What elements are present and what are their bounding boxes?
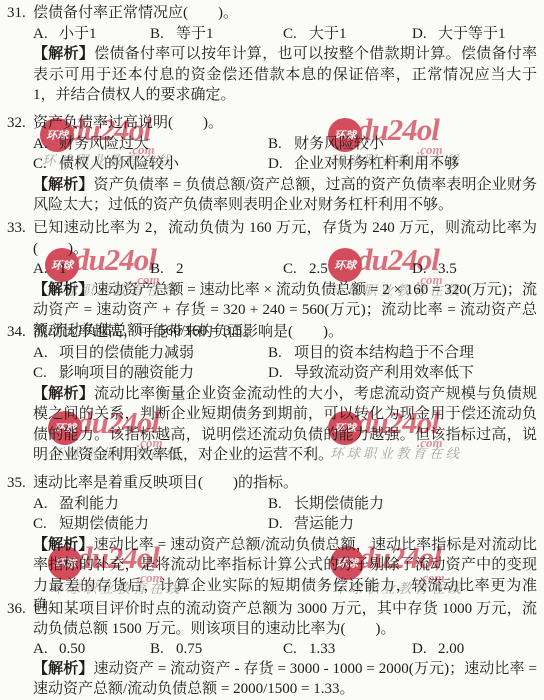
option-label: A. (33, 494, 50, 515)
option-text: 1 (59, 261, 67, 277)
option-label: C. (33, 154, 50, 175)
question-number: 34. (7, 322, 26, 343)
analysis-text: 流动比率衡量企业资金流动性的大小，考虑流动资产规模与负债规模之间的关系，判断企业… (33, 386, 537, 464)
option-label: C. (283, 259, 300, 280)
option-c: C.2.5 (283, 259, 412, 280)
option-label: D. (412, 639, 429, 659)
analysis-label: 【解析】 (33, 661, 93, 677)
option-d: D.企业对财务杠杆利用不够 (268, 154, 537, 175)
options-grid: A.盈利能力 B.长期偿债能力 C.短期偿债能力 D.营运能力 (7, 494, 537, 535)
option-label: A. (33, 343, 50, 364)
option-d: D.导致流动资产利用效率低下 (268, 363, 537, 384)
question-stem: 36.已知某项目评价时点的流动资产总额为 3000 万元，其中存货 1000 万… (7, 599, 537, 639)
options-row: A.1 B.2 C.2.5 D.3.5 (7, 259, 537, 280)
option-text: 财务风险过大 (59, 136, 149, 152)
option-text: 导致流动资产利用效率低下 (294, 365, 474, 381)
option-b: B.0.75 (150, 639, 283, 659)
option-text: 项目的偿债能力减弱 (59, 345, 194, 361)
option-text: 小于1 (59, 26, 97, 42)
question-stem-text: 流动比率越高，可能带来的负面影响是( )。 (33, 324, 343, 340)
option-a: A.财务风险过大 (33, 134, 268, 155)
option-text: 长期偿债能力 (294, 496, 384, 512)
option-label: B. (268, 343, 285, 364)
option-a: A.0.50 (33, 639, 150, 659)
question-block-34: 34.流动比率越高，可能带来的负面影响是( )。 A.项目的偿债能力减弱 B.项… (7, 322, 537, 466)
option-text: 3.5 (438, 261, 457, 277)
option-label: C. (283, 639, 300, 659)
question-stem-text: 速动比率是着重反映项目( )的指标。 (33, 475, 298, 491)
analysis-label: 【解析】 (33, 282, 93, 298)
analysis-paragraph: 【解析】速动资产 = 流动资产 - 存货 = 3000 - 1000 = 200… (7, 659, 537, 699)
option-text: 盈利能力 (59, 496, 119, 512)
question-number: 35. (7, 473, 26, 494)
option-d: D.营运能力 (268, 514, 537, 535)
options-grid: A.财务风险过大 B.财务风险较小 C.债权人的风险较小 D.企业对财务杠杆利用… (7, 134, 537, 175)
option-label: B. (150, 639, 167, 659)
option-label: D. (268, 514, 285, 535)
question-number: 32. (7, 113, 26, 134)
options-row: A.小于1 B.等于1 C.大于1 D.大于等于1 (7, 24, 537, 45)
option-b: B.财务风险较小 (268, 134, 537, 155)
option-c: C.1.33 (283, 639, 412, 659)
option-a: A.1 (33, 259, 150, 280)
option-d: D.3.5 (412, 259, 537, 280)
option-label: A. (33, 259, 50, 280)
option-text: 0.75 (176, 641, 202, 657)
analysis-paragraph: 【解析】偿债备付率可以按年计算，也可以按整个借款期计算。偿债备付率表示可用于还本… (7, 44, 537, 106)
option-label: B. (150, 24, 167, 45)
option-label: D. (412, 24, 429, 45)
option-label: B. (268, 494, 285, 515)
question-stem-text: 资产负债率过高说明( )。 (33, 115, 223, 131)
options-row: A.0.50 B.0.75 C.1.33 D.2.00 (7, 639, 537, 659)
option-text: 2 (176, 261, 184, 277)
option-label: C. (33, 363, 50, 384)
analysis-label: 【解析】 (33, 386, 94, 402)
option-text: 短期偿债能力 (59, 516, 149, 532)
option-label: B. (268, 134, 285, 155)
analysis-text: 偿债备付率可以按年计算，也可以按整个借款期计算。偿债备付率表示可用于还本付息的资… (33, 46, 537, 103)
question-stem-text: 已知某项目评价时点的流动资产总额为 3000 万元，其中存货 1000 万元，流… (33, 601, 537, 637)
analysis-label: 【解析】 (33, 46, 94, 62)
question-number: 36. (7, 599, 26, 619)
question-number: 31. (7, 3, 26, 24)
option-text: 0.50 (59, 641, 85, 657)
question-number: 33. (7, 218, 26, 239)
question-stem: 34.流动比率越高，可能带来的负面影响是( )。 (7, 322, 537, 343)
option-text: 2.5 (309, 261, 328, 277)
option-text: 等于1 (176, 26, 214, 42)
option-label: A. (33, 134, 50, 155)
option-c: C.债权人的风险较小 (33, 154, 268, 175)
analysis-paragraph: 【解析】资产负债率 = 负债总额/资产总额，过高的资产负债率表明企业财务风险太大… (7, 175, 537, 216)
option-a: A.小于1 (33, 24, 150, 45)
question-stem: 35.速动比率是着重反映项目( )的指标。 (7, 473, 537, 494)
options-grid: A.项目的偿债能力减弱 B.项目的资本结构趋于不合理 C.影响项目的融资能力 D… (7, 343, 537, 384)
question-block-31: 31.偿债备付率正常情况应( )。 A.小于1 B.等于1 C.大于1 D.大于… (7, 3, 537, 106)
question-stem-text: 已知速动比率为 2，流动负债为 160 万元，存货为 240 万元，则流动比率为… (33, 220, 537, 257)
option-a: A.项目的偿债能力减弱 (33, 343, 268, 364)
option-a: A.盈利能力 (33, 494, 268, 515)
analysis-paragraph: 【解析】流动比率衡量企业资金流动性的大小，考虑流动资产规模与负债规模之间的关系，… (7, 384, 537, 466)
option-label: A. (33, 639, 50, 659)
option-text: 2.00 (438, 641, 464, 657)
question-block-32: 32.资产负债率过高说明( )。 A.财务风险过大 B.财务风险较小 C.债权人… (7, 113, 537, 216)
question-stem-text: 偿债备付率正常情况应( )。 (33, 5, 238, 21)
question-block-35: 35.速动比率是着重反映项目( )的指标。 A.盈利能力 B.长期偿债能力 C.… (7, 473, 537, 617)
analysis-text: 速动资产 = 流动资产 - 存货 = 3000 - 1000 = 2000(万元… (33, 661, 537, 697)
question-block-36: 36.已知某项目评价时点的流动资产总额为 3000 万元，其中存货 1000 万… (7, 599, 537, 699)
option-text: 1.33 (309, 641, 335, 657)
option-text: 财务风险较小 (294, 136, 384, 152)
option-label: D. (268, 154, 285, 175)
option-label: B. (150, 259, 167, 280)
option-c: C.短期偿债能力 (33, 514, 268, 535)
option-b: B.长期偿债能力 (268, 494, 537, 515)
option-text: 影响项目的融资能力 (59, 365, 194, 381)
option-text: 项目的资本结构趋于不合理 (294, 345, 474, 361)
option-text: 大于1 (309, 26, 347, 42)
option-b: B.项目的资本结构趋于不合理 (268, 343, 537, 364)
question-stem: 31.偿债备付率正常情况应( )。 (7, 3, 537, 24)
option-text: 企业对财务杠杆利用不够 (294, 156, 459, 172)
option-text: 债权人的风险较小 (59, 156, 179, 172)
option-label: D. (412, 259, 429, 280)
document-page: 31.偿债备付率正常情况应( )。 A.小于1 B.等于1 C.大于1 D.大于… (0, 0, 544, 700)
option-b: B.2 (150, 259, 283, 280)
question-stem: 32.资产负债率过高说明( )。 (7, 113, 537, 134)
option-text: 营运能力 (294, 516, 354, 532)
analysis-label: 【解析】 (33, 537, 93, 553)
analysis-text: 资产负债率 = 负债总额/资产总额，过高的资产负债率表明企业财务风险太大；过低的… (33, 177, 537, 214)
option-d: D.2.00 (412, 639, 537, 659)
option-label: C. (33, 514, 50, 535)
option-text: 大于等于1 (438, 26, 506, 42)
option-label: D. (268, 363, 285, 384)
option-label: A. (33, 24, 50, 45)
option-label: C. (283, 24, 300, 45)
option-d: D.大于等于1 (412, 24, 537, 45)
option-c: C.大于1 (283, 24, 412, 45)
option-b: B.等于1 (150, 24, 283, 45)
analysis-label: 【解析】 (33, 177, 93, 193)
question-stem: 33.已知速动比率为 2，流动负债为 160 万元，存货为 240 万元，则流动… (7, 218, 537, 259)
option-c: C.影响项目的融资能力 (33, 363, 268, 384)
